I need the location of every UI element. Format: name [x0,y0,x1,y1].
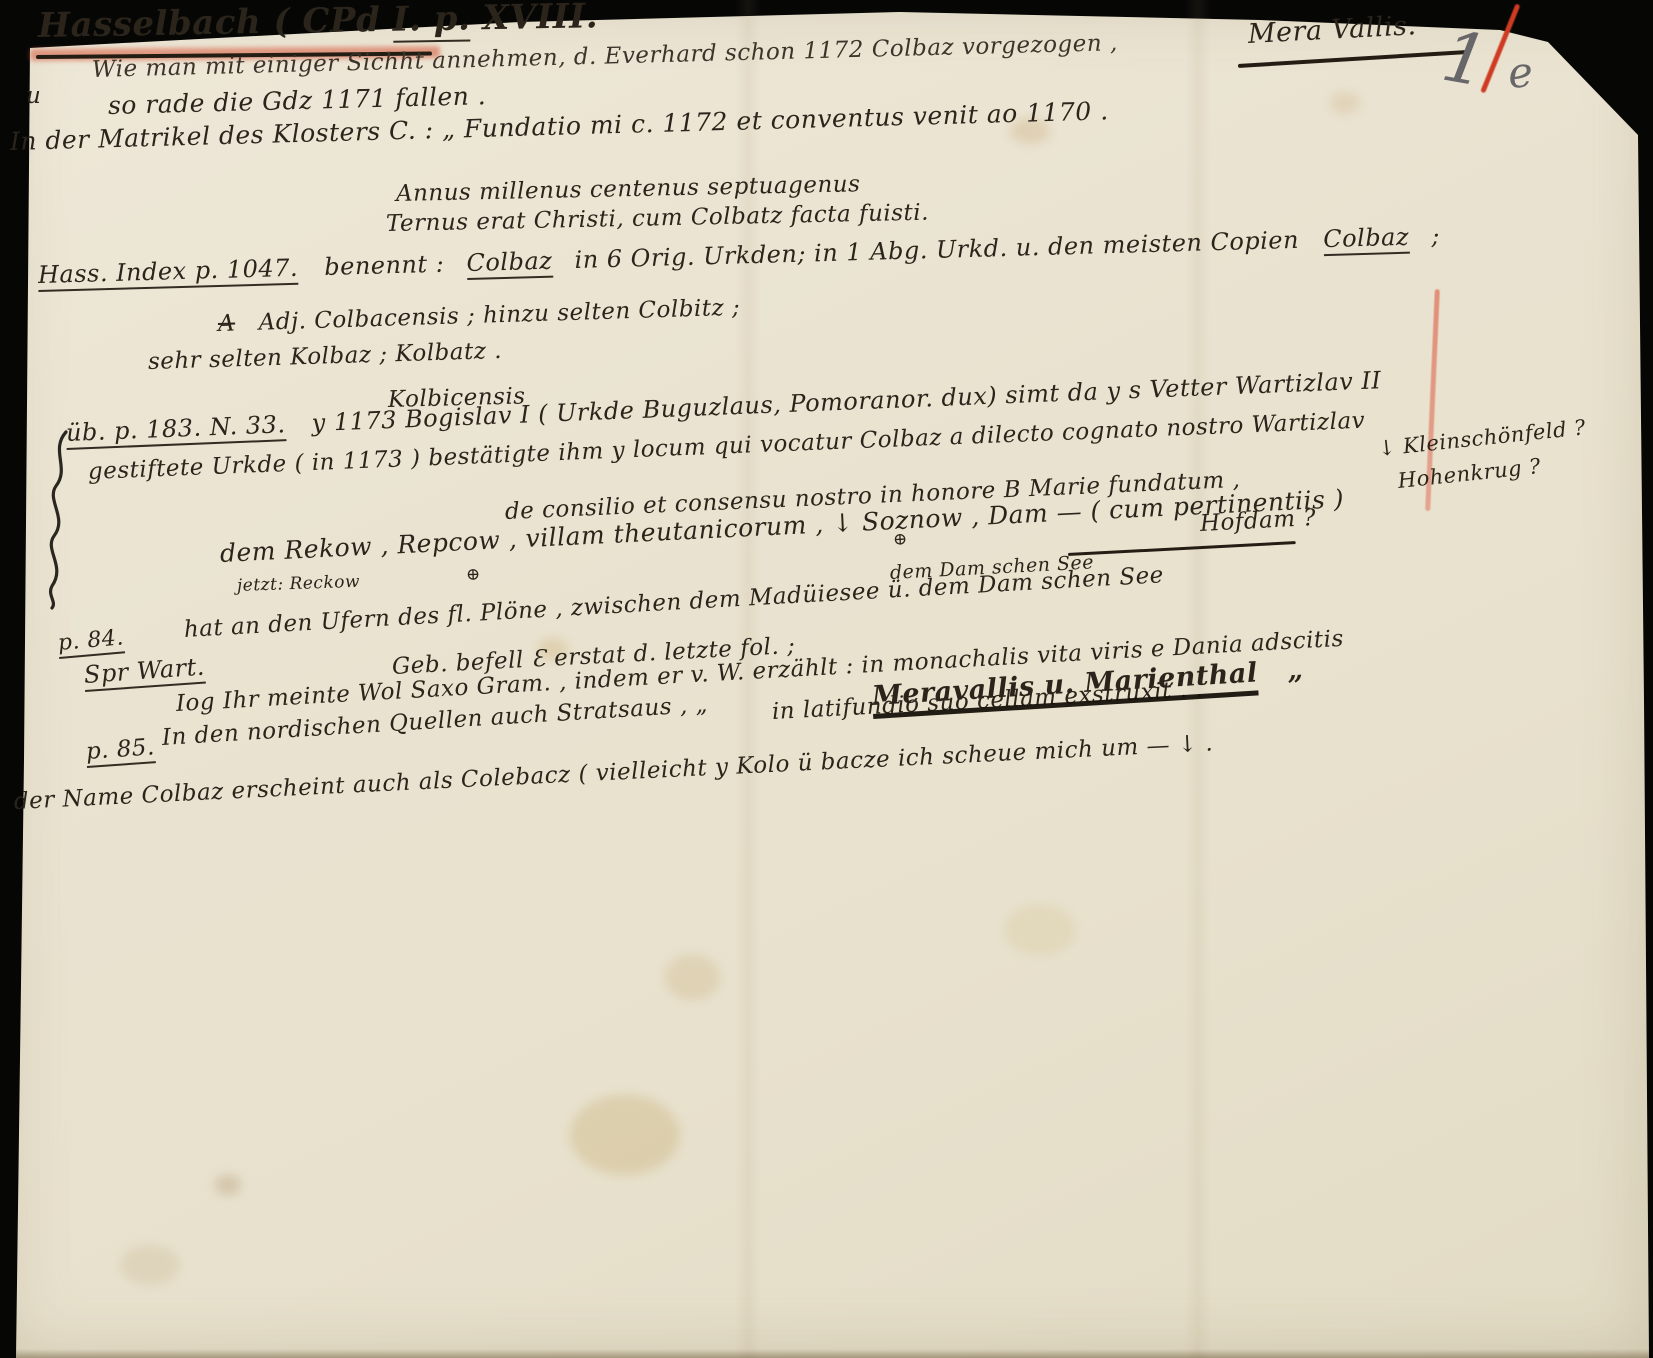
scanned-page: { "header": { "title_a": "Hasselbach ( C… [0,0,1653,1358]
page-title-part: I. p. [392,0,470,43]
handwritten-line: Spr Wart. [83,654,206,689]
insert-mark: ⊕ [466,565,481,584]
margin-brace [40,430,74,610]
margin-page-ref: p. 85. [85,735,156,765]
page-title-part: XVIII. [482,0,598,38]
insert-mark: ⊕ [893,530,909,549]
handwritten-annotation: jetzt: Reckow [237,573,361,596]
handwritten-line: u [26,84,41,109]
page-title-part: Hasselbach ( CPd [38,0,381,46]
pencil-page-letter: e [1506,47,1535,98]
margin-page-ref: p. 84. [57,626,125,656]
